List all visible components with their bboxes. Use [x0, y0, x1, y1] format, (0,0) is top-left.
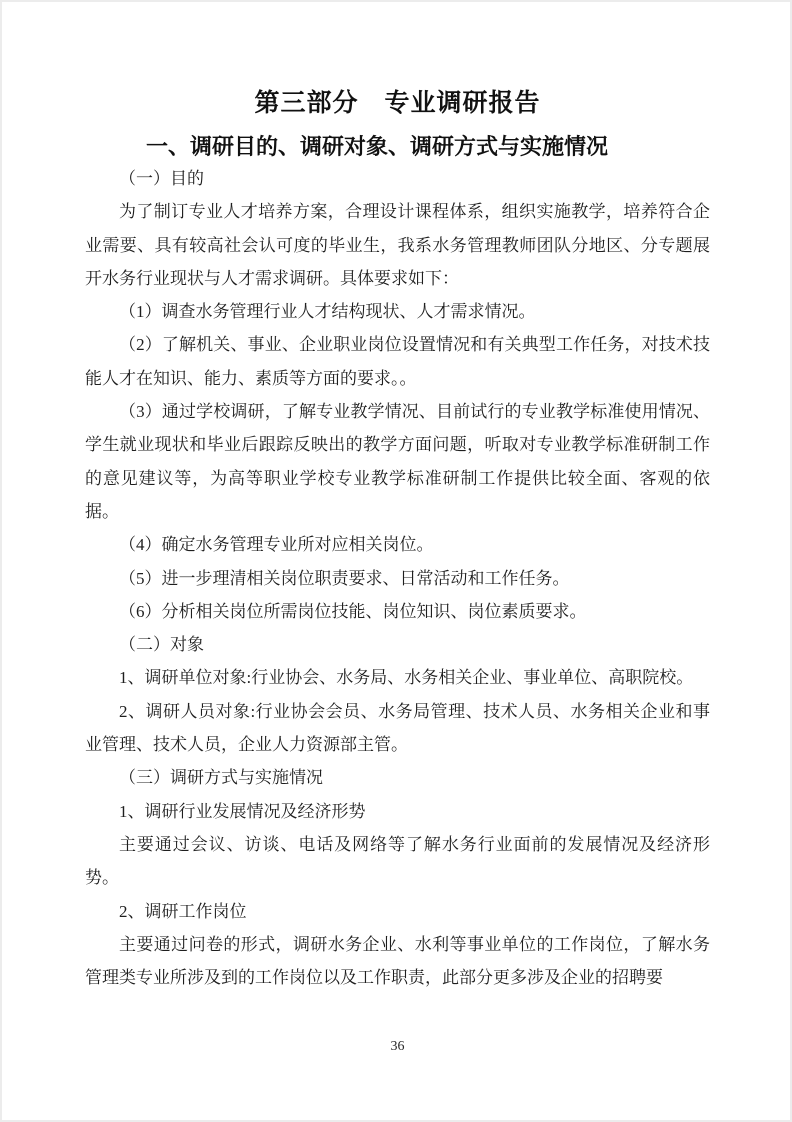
paragraph: （二）对象 [85, 628, 710, 661]
paragraph: 1、调研行业发展情况及经济形势 [85, 795, 710, 828]
paragraph: （2）了解机关、事业、企业职业岗位设置情况和有关典型工作任务，对技术技能人才在知… [85, 328, 710, 395]
paragraph: 2、调研人员对象:行业协会会员、水务局管理、技术人员、水务相关企业和事业管理、技… [85, 695, 710, 762]
paragraph: （4）确定水务管理专业所对应相关岗位。 [85, 528, 710, 561]
paragraph: 为了制订专业人才培养方案，合理设计课程体系，组织实施教学，培养符合企业需要、具有… [85, 195, 710, 295]
section-heading: 一、调研目的、调研对象、调研方式与实施情况 [85, 132, 710, 162]
paragraph: 2、调研工作岗位 [85, 895, 710, 928]
page-number: 36 [85, 1038, 710, 1056]
paragraph: 1、调研单位对象:行业协会、水务局、水务相关企业、事业单位、高职院校。 [85, 661, 710, 694]
document-page: 第三部分 专业调研报告 一、调研目的、调研对象、调研方式与实施情况 （一）目的为… [0, 0, 792, 1122]
paragraph: （3）通过学校调研，了解专业教学情况、目前试行的专业教学标准使用情况、学生就业现… [85, 395, 710, 528]
document-body: （一）目的为了制订专业人才培养方案，合理设计课程体系，组织实施教学，培养符合企业… [85, 162, 710, 994]
paragraph: （一）目的 [85, 162, 710, 195]
paragraph: （1）调查水务管理行业人才结构现状、人才需求情况。 [85, 295, 710, 328]
paragraph: 主要通过会议、访谈、电话及网络等了解水务行业面前的发展情况及经济形势。 [85, 828, 710, 895]
paragraph: （5）进一步理清相关岗位职责要求、日常活动和工作任务。 [85, 562, 710, 595]
paragraph: （三）调研方式与实施情况 [85, 761, 710, 794]
page-title: 第三部分 专业调研报告 [85, 86, 710, 120]
paragraph: （6）分析相关岗位所需岗位技能、岗位知识、岗位素质要求。 [85, 595, 710, 628]
paragraph: 主要通过问卷的形式，调研水务企业、水利等事业单位的工作岗位，了解水务管理类专业所… [85, 928, 710, 995]
